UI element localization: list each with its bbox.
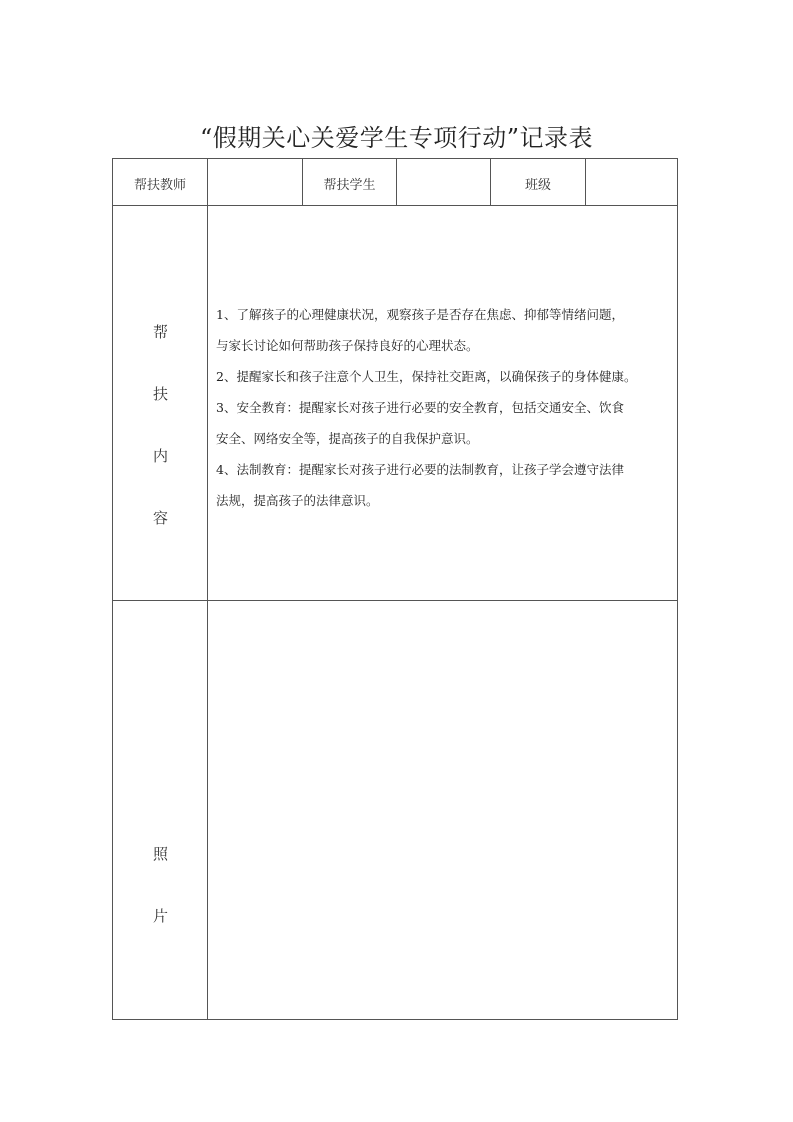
teacher-field[interactable] [208,174,302,194]
student-label: 帮扶学生 [303,174,396,193]
student-field[interactable] [397,174,490,194]
row-divider [113,205,677,206]
photo-label-char: 片 [113,905,208,926]
class-field[interactable] [586,174,678,194]
content-line: 3、安全教育：提醒家长对孩子进行必要的安全教育，包括交通安全、饮食 [216,392,676,423]
content-line: 法规，提高孩子的法律意识。 [216,485,676,516]
photo-label-char: 照 [113,843,208,864]
class-label: 班级 [491,174,585,193]
content-label-char: 内 [113,445,208,466]
content-label-char: 帮 [113,321,208,342]
content-line: 与家长讨论如何帮助孩子保持良好的心理状态。 [216,330,676,361]
content-label-char: 扶 [113,383,208,404]
content-line: 4、法制教育：提醒家长对孩子进行必要的法制教育，让孩子学会遵守法律 [216,454,676,485]
content-label-char: 容 [113,507,208,528]
content-line: 2、提醒家长和孩子注意个人卫生，保持社交距离，以确保孩子的身体健康。 [216,361,676,392]
document-title: “假期关心关爱学生专项行动”记录表 [0,118,793,153]
record-table: 帮扶教师 帮扶学生 班级 帮 扶 内 容 1、了解孩子的心理健康状况，观察孩子是… [112,158,678,1020]
photo-area[interactable] [208,601,677,1019]
content-line: 安全、网络安全等，提高孩子的自我保护意识。 [216,423,676,454]
assistance-content: 1、了解孩子的心理健康状况，观察孩子是否存在焦虑、抑郁等情绪问题， 与家长讨论如… [216,299,676,516]
teacher-label: 帮扶教师 [113,174,207,193]
content-line: 1、了解孩子的心理健康状况，观察孩子是否存在焦虑、抑郁等情绪问题， [216,299,676,330]
